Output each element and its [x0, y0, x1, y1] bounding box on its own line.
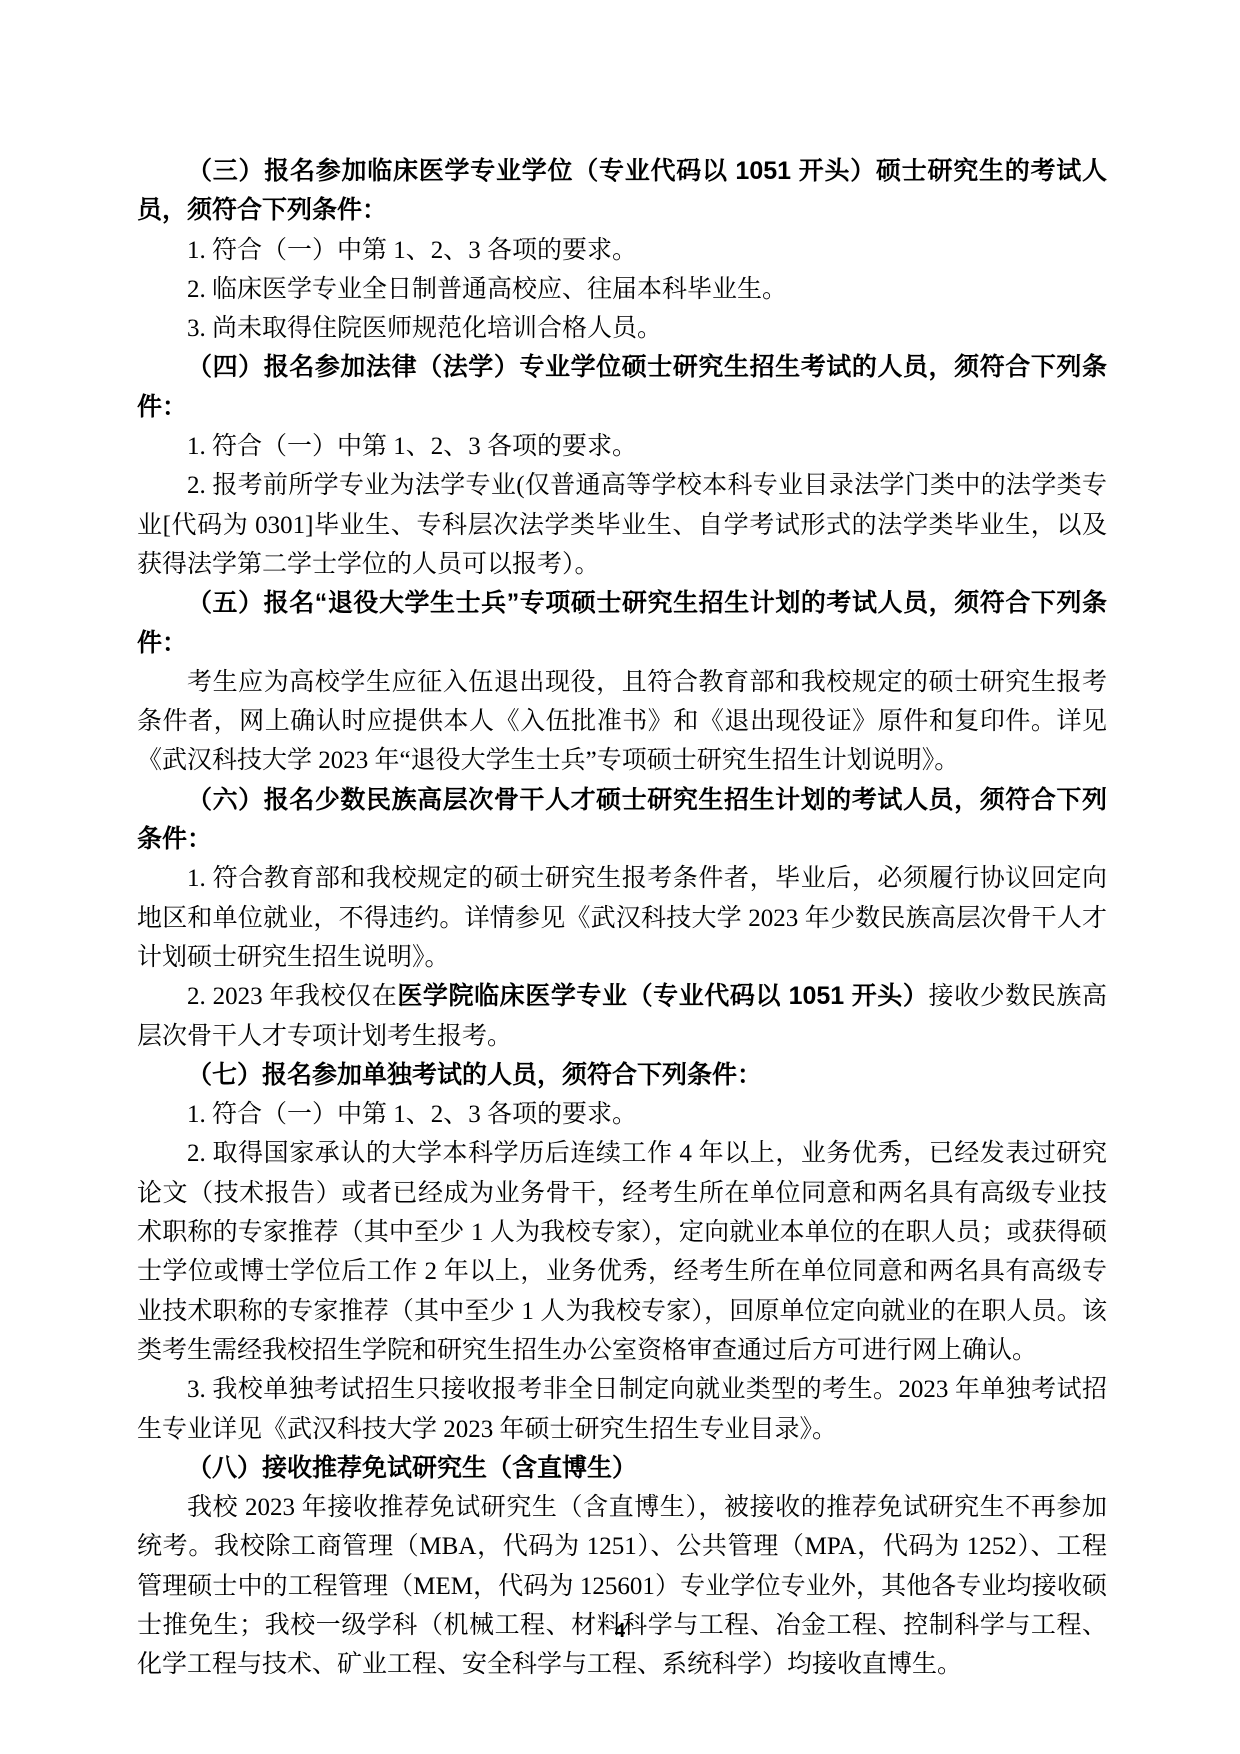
paragraph: 2. 取得国家承认的大学本科学历后连续工作 4 年以上，业务优秀，已经发表过研究… — [137, 1134, 1107, 1370]
document-page: （三）报名参加临床医学专业学位（专业代码以 1051 开头）硕士研究生的考试人员… — [0, 0, 1240, 1754]
text-run: 1. 符合（一）中第 1、2、3 各项的要求。 — [187, 237, 637, 264]
text-run: 3. 尚未取得住院医师规范化培训合格人员。 — [187, 315, 662, 342]
text-run: 考生应为高校学生应征入伍退出现役，且符合教育部和我校规定的硕士研究生报考条件者，… — [137, 669, 1107, 775]
page-footer: 4 — [0, 1618, 1240, 1643]
section-heading: （七）报名参加单独考试的人员，须符合下列条件： — [137, 1056, 1107, 1095]
text-run: 2. 2023 年我校仅在 — [187, 983, 397, 1010]
section-heading: （三）报名参加临床医学专业学位（专业代码以 1051 开头）硕士研究生的考试人员… — [137, 152, 1107, 231]
paragraph: 考生应为高校学生应征入伍退出现役，且符合教育部和我校规定的硕士研究生报考条件者，… — [137, 663, 1107, 781]
paragraph: 我校 2023 年接收推荐免试研究生（含直博生），被接收的推荐免试研究生不再参加… — [137, 1488, 1107, 1684]
paragraph: 1. 符合教育部和我校规定的硕士研究生报考条件者，毕业后，必须履行协议回定向地区… — [137, 859, 1107, 977]
page-number: 4 — [615, 1618, 626, 1642]
bold-text-run: （八）接收推荐免试研究生（含直博生） — [187, 1454, 637, 1482]
paragraph: 2. 报考前所学专业为法学专业(仅普通高等学校本科专业目录法学门类中的法学类专业… — [137, 466, 1107, 584]
text-run: 1. 符合教育部和我校规定的硕士研究生报考条件者，毕业后，必须履行协议回定向地区… — [137, 865, 1107, 971]
text-run: 3. 我校单独考试招生只接收报考非全日制定向就业类型的考生。2023 年单独考试… — [137, 1376, 1107, 1442]
section-heading: （六）报名少数民族高层次骨干人才硕士研究生招生计划的考试人员，须符合下列条件： — [137, 781, 1107, 860]
paragraph: 3. 我校单独考试招生只接收报考非全日制定向就业类型的考生。2023 年单独考试… — [137, 1370, 1107, 1449]
text-run: 1. 符合（一）中第 1、2、3 各项的要求。 — [187, 433, 637, 460]
paragraph: 2. 临床医学专业全日制普通高校应、往届本科毕业生。 — [137, 270, 1107, 309]
bold-text-run: 医学院临床医学专业（专业代码以 1051 开头） — [397, 982, 928, 1010]
bold-text-run: （五）报名“退役大学生士兵”专项硕士研究生招生计划的考试人员，须符合下列条件： — [137, 589, 1107, 656]
section-heading: （五）报名“退役大学生士兵”专项硕士研究生招生计划的考试人员，须符合下列条件： — [137, 584, 1107, 663]
text-run: 2. 报考前所学专业为法学专业(仅普通高等学校本科专业目录法学门类中的法学类专业… — [137, 472, 1107, 578]
bold-text-run: （七）报名参加单独考试的人员，须符合下列条件： — [187, 1061, 762, 1089]
text-run: 1. 符合（一）中第 1、2、3 各项的要求。 — [187, 1101, 637, 1128]
text-run: 2. 取得国家承认的大学本科学历后连续工作 4 年以上，业务优秀，已经发表过研究… — [137, 1140, 1107, 1363]
section-heading: （四）报名参加法律（法学）专业学位硕士研究生招生考试的人员，须符合下列条件： — [137, 348, 1107, 427]
bold-text-run: （四）报名参加法律（法学）专业学位硕士研究生招生考试的人员，须符合下列条件： — [137, 353, 1107, 420]
paragraph: 1. 符合（一）中第 1、2、3 各项的要求。 — [137, 231, 1107, 270]
paragraph: 2. 2023 年我校仅在医学院临床医学专业（专业代码以 1051 开头）接收少… — [137, 977, 1107, 1056]
section-heading: （八）接收推荐免试研究生（含直博生） — [137, 1449, 1107, 1488]
bold-text-run: （三）报名参加临床医学专业学位（专业代码以 1051 开头）硕士研究生的考试人员… — [137, 157, 1107, 224]
bold-text-run: （六）报名少数民族高层次骨干人才硕士研究生招生计划的考试人员，须符合下列条件： — [137, 786, 1107, 853]
document-body: （三）报名参加临床医学专业学位（专业代码以 1051 开头）硕士研究生的考试人员… — [137, 152, 1107, 1685]
paragraph: 3. 尚未取得住院医师规范化培训合格人员。 — [137, 309, 1107, 348]
text-run: 2. 临床医学专业全日制普通高校应、往届本科毕业生。 — [187, 276, 787, 303]
paragraph: 1. 符合（一）中第 1、2、3 各项的要求。 — [137, 1095, 1107, 1134]
paragraph: 1. 符合（一）中第 1、2、3 各项的要求。 — [137, 427, 1107, 466]
text-run: 我校 2023 年接收推荐免试研究生（含直博生），被接收的推荐免试研究生不再参加… — [137, 1494, 1107, 1678]
